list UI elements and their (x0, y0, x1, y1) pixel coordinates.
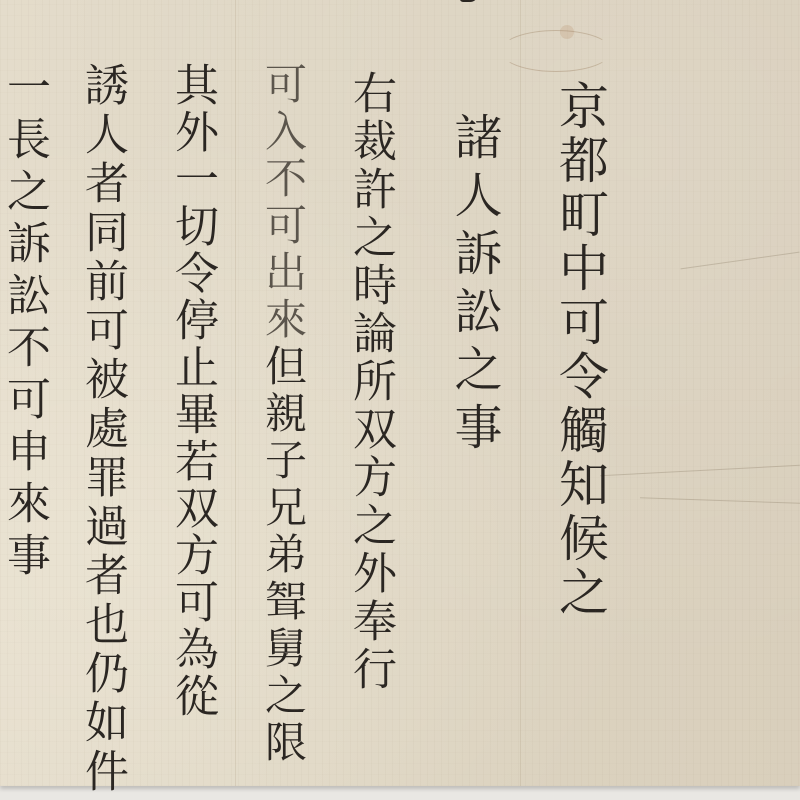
document-photo: 京都町中可令觸知候之 諸人訴訟之事 右裁許之時論所双方之外奉行 可入不可出來但親… (0, 0, 800, 800)
calligraphy-column-7: 一長之訴訟不可申來事 (2, 64, 46, 584)
column-text: 其外一切令停止畢若双方可為從 (167, 62, 218, 720)
calligraphy-column-1: 京都町中可令觸知候之 (555, 80, 605, 620)
paper-crease (640, 497, 800, 504)
paper-fold-line (235, 0, 236, 786)
ink-fragment-top (460, 0, 478, 2)
column-text: 諸人訴訟之事 (446, 112, 502, 460)
paper-crease (600, 465, 800, 476)
column-text: 但親子兄弟聟舅之限 (259, 344, 308, 767)
column-text: 誘人者同前可被處罪過者也仍如件 (77, 62, 128, 797)
column-text: 右裁許之時論所双方之外奉行 (345, 70, 396, 694)
paper-crease (681, 252, 800, 270)
column-text-faint: 可入不可出來 (259, 62, 308, 344)
calligraphy-column-4: 可入不可出來但親子兄弟聟舅之限 (262, 62, 304, 767)
paper-sheet: 京都町中可令觸知候之 諸人訴訟之事 右裁許之時論所双方之外奉行 可入不可出來但親… (0, 0, 800, 786)
column-text: 一長之訴訟不可申來事 (0, 64, 50, 584)
calligraphy-column-6: 誘人者同前可被處罪過者也仍如件 (80, 62, 124, 797)
column-text: 京都町中可令觸知候之 (551, 80, 609, 620)
paper-stain-ring (500, 30, 612, 72)
paper-fold-line (520, 0, 521, 786)
calligraphy-column-2: 諸人訴訟之事 (450, 112, 498, 460)
calligraphy-column-3: 右裁許之時論所双方之外奉行 (348, 70, 392, 694)
calligraphy-column-5: 其外一切令停止畢若双方可為從 (170, 62, 214, 720)
